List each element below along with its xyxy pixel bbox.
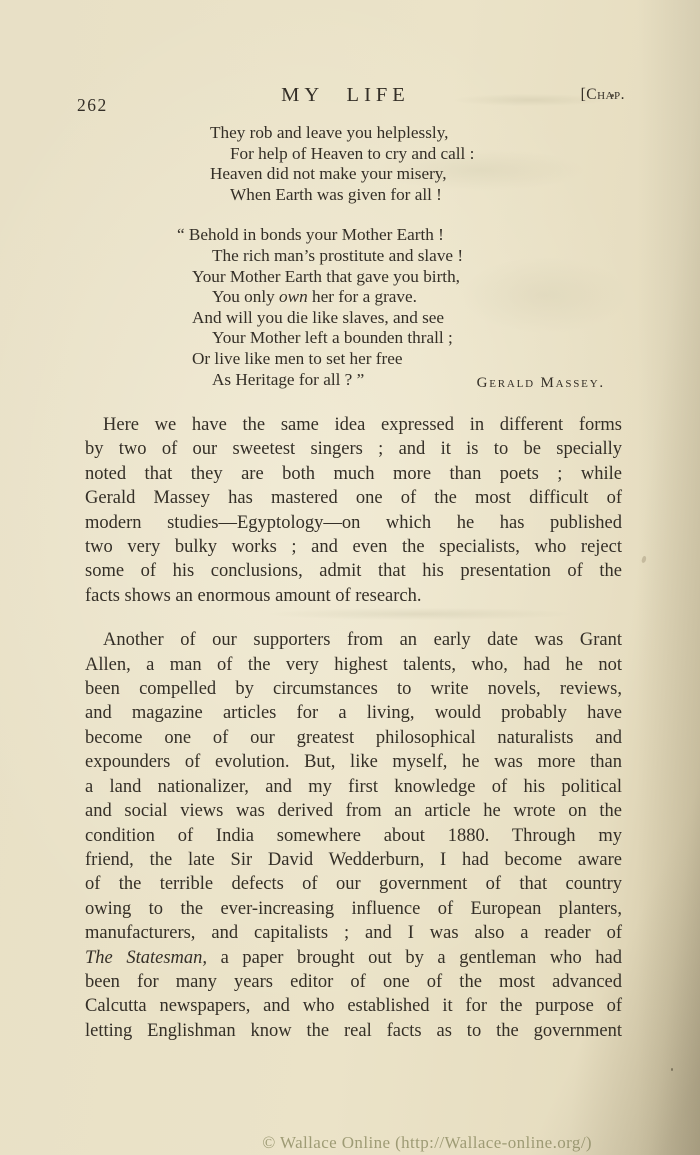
text-line: Gerald Massey has mastered one of the mo… bbox=[85, 486, 622, 510]
text-segment: Heaven did not make your misery, bbox=[210, 164, 447, 183]
page-header: 262 MY LIFE [Chap. bbox=[85, 84, 622, 116]
paper-smudge bbox=[641, 556, 647, 564]
text-segment: The rich man’s prostitute and slave ! bbox=[212, 246, 463, 265]
text-segment: modern studies—Egyptology—on which he ha… bbox=[85, 513, 622, 533]
text-segment: noted that they are both much more than … bbox=[85, 464, 622, 484]
text-line: owing to the ever-increasing influence o… bbox=[85, 897, 622, 921]
text-segment: When Earth was given for all ! bbox=[230, 185, 442, 204]
text-segment: become one of our greatest philosophical… bbox=[85, 728, 622, 748]
text-line: and magazine articles for a living, woul… bbox=[85, 701, 622, 725]
text-line: Another of our supporters from an early … bbox=[85, 628, 622, 652]
body-paragraphs: Here we have the same idea expressed in … bbox=[85, 413, 622, 1043]
poem-line: Or live like men to set her free bbox=[192, 349, 474, 370]
text-segment: condition of India somewhere about 1880.… bbox=[85, 826, 622, 846]
paper-speck bbox=[671, 1068, 673, 1071]
text-segment: friend, the late Sir David Wedderburn, I… bbox=[85, 850, 622, 870]
text-segment: letting Englishman know the real facts a… bbox=[85, 1021, 622, 1041]
footer-credit: © Wallace Online (http://Wallace-online.… bbox=[262, 1133, 592, 1153]
text-line: condition of India somewhere about 1880.… bbox=[85, 824, 622, 848]
text-segment: Or live like men to set her free bbox=[192, 349, 402, 368]
text-segment: Your Mother Earth that gave you birth, bbox=[192, 267, 460, 286]
text-segment: As Heritage for all ? ” bbox=[212, 370, 364, 389]
text-segment: For help of Heaven to cry and call : bbox=[230, 144, 474, 163]
poem: They rob and leave you helplessly,For he… bbox=[85, 123, 474, 390]
text-segment: Allen, a man of the very highest talents… bbox=[85, 655, 622, 675]
paragraph: Another of our supporters from an early … bbox=[85, 628, 622, 1043]
paper-speck bbox=[611, 94, 614, 97]
poem-line: When Earth was given for all ! bbox=[210, 185, 474, 206]
text-segment: “ Behold in bonds your Mother Earth ! bbox=[177, 225, 444, 244]
text-segment: Calcutta newspapers, and who established… bbox=[85, 996, 622, 1016]
poem-line: As Heritage for all ? ” bbox=[192, 370, 474, 391]
text-line: expounders of evolution. But, like mysel… bbox=[85, 750, 622, 774]
poem-line: “ Behold in bonds your Mother Earth ! bbox=[177, 225, 474, 246]
text-segment: expounders of evolution. But, like mysel… bbox=[85, 752, 622, 772]
text-segment: Here we have the same idea expressed in … bbox=[103, 415, 622, 435]
text-segment: owing to the ever-increasing influence o… bbox=[85, 899, 622, 919]
text-line: and social views was derived from an art… bbox=[85, 799, 622, 823]
poem-attribution: Gerald Massey. bbox=[477, 375, 605, 392]
poem-line: Your Mother Earth that gave you birth, bbox=[192, 267, 474, 288]
text-line: of the terrible defects of our governmen… bbox=[85, 872, 622, 896]
text-line: been for many years editor of one of the… bbox=[85, 970, 622, 994]
text-segment: been compelled by circumstances to write… bbox=[85, 679, 622, 699]
text-line: two very bulky works ; and even the spec… bbox=[85, 535, 622, 559]
poem-stanza-1: They rob and leave you helplessly,For he… bbox=[210, 123, 474, 205]
text-line: Calcutta newspapers, and who established… bbox=[85, 994, 622, 1018]
poem-line: Heaven did not make your misery, bbox=[210, 164, 474, 185]
text-segment: manufacturers, and capitalists ; and I w… bbox=[85, 923, 622, 943]
text-segment: a land nationalizer, and my first knowle… bbox=[85, 777, 622, 797]
text-segment: And will you die like slaves, and see bbox=[192, 308, 444, 327]
poem-stanza-2: “ Behold in bonds your Mother Earth !The… bbox=[192, 225, 474, 390]
italic-text: own bbox=[279, 287, 308, 306]
poem-line: Your Mother left a bounden thrall ; bbox=[192, 328, 474, 349]
text-line: been compelled by circumstances to write… bbox=[85, 677, 622, 701]
text-line: The Statesman, a paper brought out by a … bbox=[85, 946, 622, 970]
text-line: a land nationalizer, and my first knowle… bbox=[85, 775, 622, 799]
page-title: MY LIFE bbox=[77, 84, 614, 107]
poem-line: The rich man’s prostitute and slave ! bbox=[192, 246, 474, 267]
text-segment: Your Mother left a bounden thrall ; bbox=[212, 328, 453, 347]
text-segment: Gerald Massey has mastered one of the mo… bbox=[85, 488, 622, 508]
text-segment: You only bbox=[212, 287, 279, 306]
text-line: Here we have the same idea expressed in … bbox=[85, 413, 622, 437]
text-segment: and magazine articles for a living, woul… bbox=[85, 703, 622, 723]
text-line: friend, the late Sir David Wedderburn, I… bbox=[85, 848, 622, 872]
text-segment: and social views was derived from an art… bbox=[85, 801, 622, 821]
text-line: some of his conclusions, admit that his … bbox=[85, 559, 622, 583]
text-line: become one of our greatest philosophical… bbox=[85, 726, 622, 750]
text-segment: been for many years editor of one of the… bbox=[85, 972, 622, 992]
chapter-marker: [Chap. bbox=[581, 86, 625, 104]
text-line: letting Englishman know the real facts a… bbox=[85, 1019, 622, 1043]
text-segment: her for a grave. bbox=[308, 287, 417, 306]
poem-line: For help of Heaven to cry and call : bbox=[210, 144, 474, 165]
text-line: modern studies—Egyptology—on which he ha… bbox=[85, 511, 622, 535]
poem-line: They rob and leave you helplessly, bbox=[210, 123, 474, 144]
text-line: Allen, a man of the very highest talents… bbox=[85, 653, 622, 677]
paragraph: Here we have the same idea expressed in … bbox=[85, 413, 622, 608]
text-segment: two very bulky works ; and even the spec… bbox=[85, 537, 622, 557]
text-segment: facts shows an enormous amount of resear… bbox=[85, 586, 422, 606]
text-line: manufacturers, and capitalists ; and I w… bbox=[85, 921, 622, 945]
text-segment: by two of our sweetest singers ; and it … bbox=[85, 439, 622, 459]
text-line: facts shows an enormous amount of resear… bbox=[85, 584, 622, 608]
poem-line: And will you die like slaves, and see bbox=[192, 308, 474, 329]
book-page-scan: 262 MY LIFE [Chap. They rob and leave yo… bbox=[0, 0, 700, 1155]
text-segment: They rob and leave you helplessly, bbox=[210, 123, 448, 142]
text-segment: some of his conclusions, admit that his … bbox=[85, 561, 622, 581]
text-line: by two of our sweetest singers ; and it … bbox=[85, 437, 622, 461]
italic-text: The Statesman, bbox=[85, 948, 207, 968]
text-segment: Another of our supporters from an early … bbox=[103, 630, 622, 650]
text-segment: of the terrible defects of our governmen… bbox=[85, 874, 622, 894]
poem-line: You only own her for a grave. bbox=[192, 287, 474, 308]
text-segment: a paper brought out by a gentleman who h… bbox=[207, 948, 622, 968]
text-line: noted that they are both much more than … bbox=[85, 462, 622, 486]
